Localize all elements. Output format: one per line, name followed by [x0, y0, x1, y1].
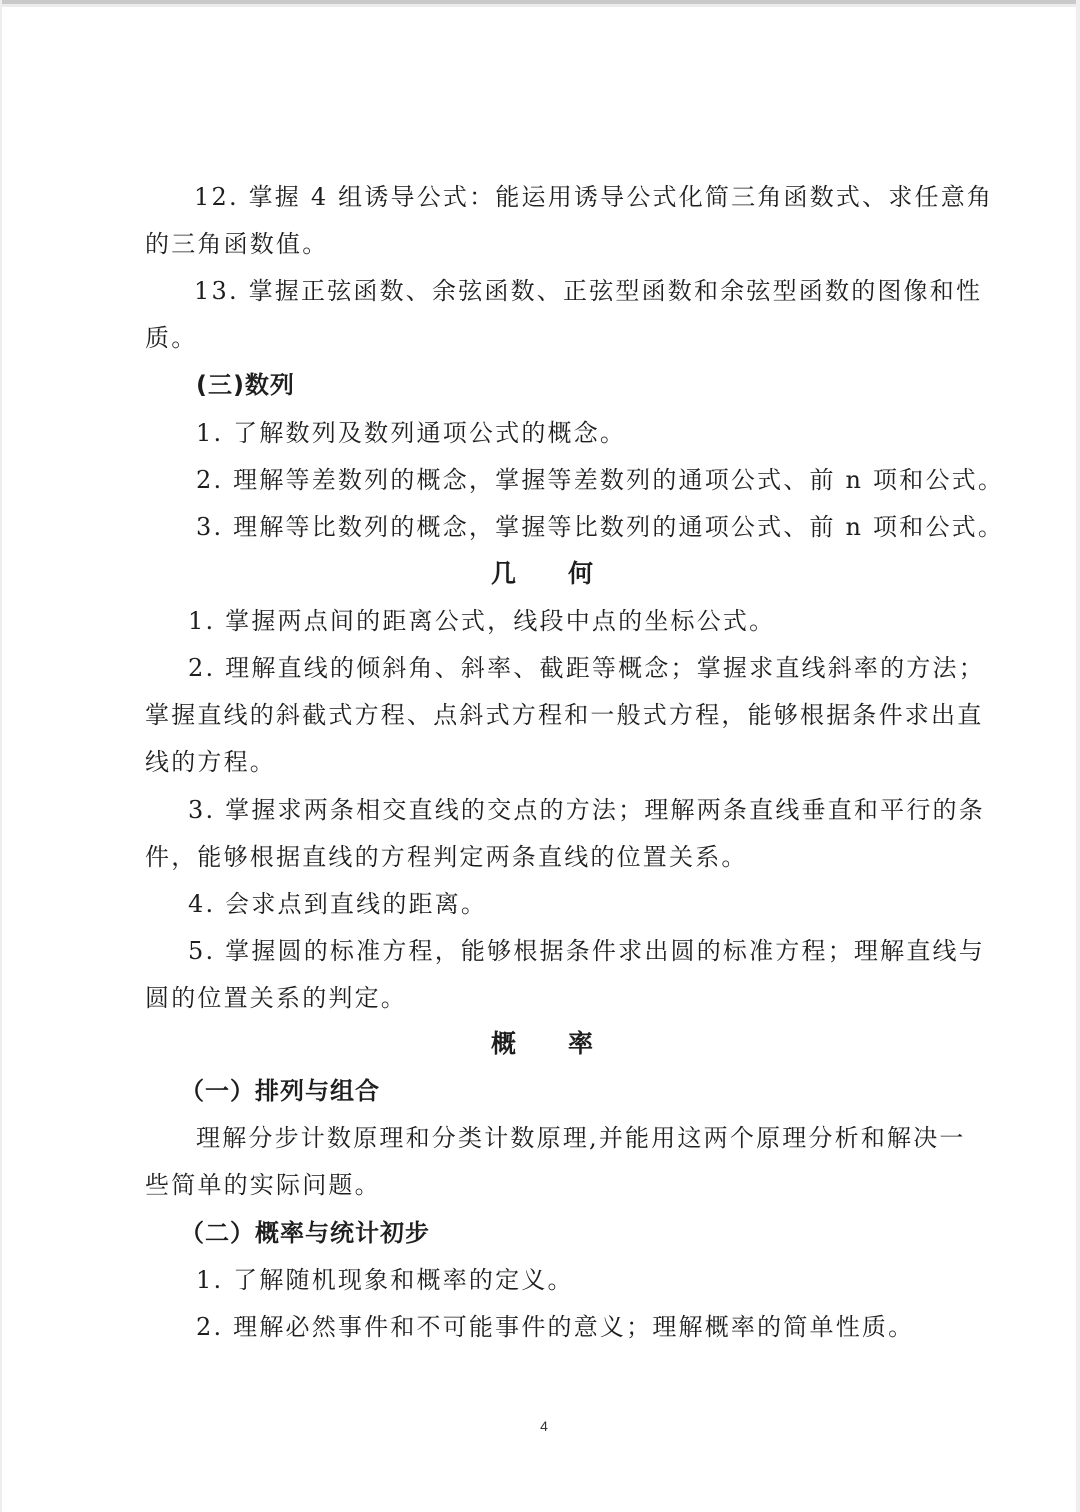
- geometry-title-char-2: 何: [568, 559, 593, 588]
- geometry-item-5-line-1: 5. 掌握圆的标准方程，能够根据条件求出圆的标准方程；理解直线与: [188, 936, 985, 966]
- geometry-item-3-line-2: 件，能够根据直线的方程判定两条直线的位置关系。: [145, 842, 748, 872]
- geometry-item-1: 1. 掌握两点间的距离公式，线段中点的坐标公式。: [188, 606, 775, 636]
- trig-item-13-line-1: 13. 掌握正弦函数、余弦函数、正弦型函数和余弦型函数的图像和性: [194, 276, 982, 306]
- sequences-heading: (三)数列: [196, 370, 295, 400]
- probability-subsection-1-para-line-1: 理解分步计数原理和分类计数原理,并能用这两个原理分析和解决一: [196, 1123, 966, 1153]
- trig-item-12-line-2: 的三角函数值。: [145, 229, 328, 259]
- geometry-item-3-line-1: 3. 掌握求两条相交直线的交点的方法；理解两条直线垂直和平行的条: [188, 795, 985, 825]
- probability-subsection-2-heading: （二）概率与统计初步: [180, 1218, 430, 1248]
- trig-item-13-line-2: 质。: [145, 323, 197, 353]
- sequences-item-3: 3. 理解等比数列的概念，掌握等比数列的通项公式、前 n 项和公式。: [196, 512, 1004, 542]
- probability-subsection-2-item-2: 2. 理解必然事件和不可能事件的意义；理解概率的简单性质。: [196, 1312, 914, 1342]
- geometry-title-char-1: 几: [491, 559, 516, 588]
- probability-subsection-2-item-1: 1. 了解随机现象和概率的定义。: [196, 1265, 574, 1295]
- probability-subsection-1-heading: （一）排列与组合: [180, 1076, 380, 1106]
- document-page: 12. 掌握 4 组诱导公式：能运用诱导公式化简三角函数式、求任意角 的三角函数…: [0, 0, 1080, 1512]
- geometry-item-2-line-1: 2. 理解直线的倾斜角、斜率、截距等概念；掌握求直线斜率的方法；: [188, 653, 985, 683]
- probability-title-char-1: 概: [491, 1029, 516, 1058]
- geometry-section-title: 几何: [491, 559, 593, 589]
- geometry-item-2-line-3: 线的方程。: [145, 747, 276, 777]
- probability-subsection-1-para-line-2: 些简单的实际问题。: [145, 1170, 381, 1200]
- probability-section-title: 概率: [491, 1029, 593, 1059]
- sequences-item-2: 2. 理解等差数列的概念，掌握等差数列的通项公式、前 n 项和公式。: [196, 465, 1004, 495]
- geometry-item-2-line-2: 掌握直线的斜截式方程、点斜式方程和一般式方程，能够根据条件求出直: [145, 700, 983, 730]
- probability-title-char-2: 率: [568, 1029, 593, 1058]
- geometry-item-5-line-2: 圆的位置关系的判定。: [145, 983, 407, 1013]
- sequences-item-1: 1. 了解数列及数列通项公式的概念。: [196, 418, 626, 448]
- trig-item-12-line-1: 12. 掌握 4 组诱导公式：能运用诱导公式化简三角函数式、求任意角: [194, 182, 993, 212]
- geometry-item-4: 4. 会求点到直线的距离。: [188, 889, 487, 919]
- page-number: 4: [536, 1418, 552, 1434]
